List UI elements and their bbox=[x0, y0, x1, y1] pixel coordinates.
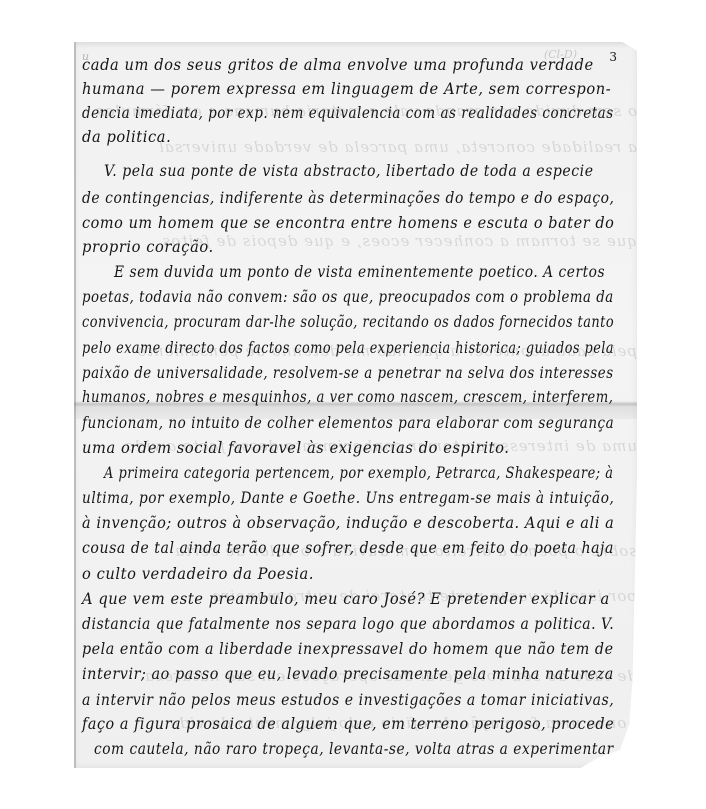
manuscript-line: uma ordem social favoravel às exigencias… bbox=[82, 439, 614, 457]
manuscript-line: intervir; ao passo que eu, levado precis… bbox=[82, 665, 604, 683]
manuscript-line: A primeira categoria pertencem, por exem… bbox=[104, 464, 575, 482]
manuscript-line: com cautela, não raro tropeça, levanta-s… bbox=[94, 740, 593, 758]
manuscript-line: o culto verdadeiro da Poesia. bbox=[82, 565, 614, 583]
manuscript-line: dencia imediata, por exp. nem equivalenc… bbox=[82, 104, 571, 122]
manuscript-line: humanos, nobres e mesquinhos, a ver como… bbox=[82, 388, 561, 406]
manuscript-line: cousa de tal ainda terão que sofrer, des… bbox=[82, 539, 594, 557]
manuscript-line: poetas, todavia não convem: são os que, … bbox=[82, 288, 566, 306]
manuscript-line: V. pela sua ponte de vista abstracto, li… bbox=[104, 162, 614, 180]
manuscript-line: da politica. bbox=[82, 128, 614, 146]
manuscript-line: pelo exame directo dos factos como pela … bbox=[82, 339, 547, 357]
manuscript-line: de contingencias, indiferente às determi… bbox=[82, 189, 586, 207]
manuscript-line: distancia que fatalmente nos separa logo… bbox=[82, 615, 589, 633]
manuscript-line: paixão de universalidade, resolvem-se a … bbox=[82, 364, 567, 382]
manuscript-line: A que vem este preambulo, meu caro José?… bbox=[82, 590, 614, 608]
manuscript-line: pela então com a liberdade inexpressavel… bbox=[82, 640, 600, 658]
manuscript-line: faço a figura prosaica de alguem que, em… bbox=[82, 715, 603, 733]
manuscript-line: ultima, por exemplo, Dante e Goethe. Uns… bbox=[82, 489, 578, 507]
manuscript-line: humana — porem expressa em linguagem de … bbox=[82, 80, 614, 98]
manuscript-line: E sem duvida um ponto de vista eminentem… bbox=[114, 263, 614, 281]
manuscript-line: proprio coração. bbox=[82, 238, 614, 256]
manuscript-line: convivencia, procuram dar-lhe solução, r… bbox=[82, 313, 550, 331]
manuscript-line: funcionam, no intuito de colher elemento… bbox=[82, 414, 573, 432]
manuscript-page: u (Cl-D) 3 o sem duvida por grande vale … bbox=[74, 42, 637, 768]
manuscript-line: como um homem que se encontra entre home… bbox=[82, 214, 607, 232]
manuscript-line: cada um dos seus gritos de alma envolve … bbox=[82, 56, 614, 74]
manuscript-line: à invenção; outros à observação, indução… bbox=[82, 514, 608, 532]
manuscript-line: a intervir não pelos meus estudos e inve… bbox=[82, 691, 592, 709]
